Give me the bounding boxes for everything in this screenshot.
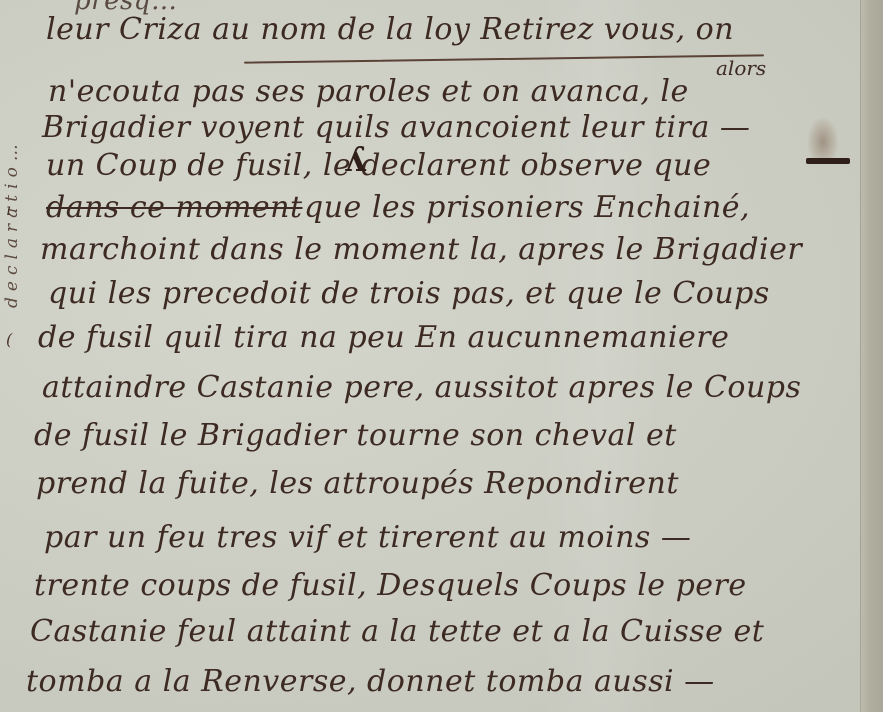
manuscript-line-6: marchoint dans le moment la, apres le Br… bbox=[40, 232, 802, 267]
left-margin: declaratio… ı ( bbox=[0, 0, 30, 712]
margin-annotation: declaratio… bbox=[2, 8, 22, 308]
manuscript-line-5-cont: que les prisoniers Enchainé, bbox=[304, 190, 750, 225]
struck-text: dans ce moment bbox=[46, 190, 303, 225]
manuscript-line-15: tomba a la Renverse, donnet tomba aussi … bbox=[26, 664, 715, 699]
ink-strikeout-bar bbox=[806, 158, 850, 164]
manuscript-line-4: un Coup de fusil, le declarent observe q… bbox=[46, 148, 711, 183]
manuscript-line-14: Castanie feul attaint a la tette et a la… bbox=[30, 614, 764, 649]
superscript-insertion: alors bbox=[716, 56, 766, 80]
manuscript-line-12: par un feu tres vif et tirerent au moins… bbox=[44, 520, 691, 555]
manuscript-line-10: de fusil le Brigadier tourne son cheval … bbox=[34, 418, 677, 453]
manuscript-line-3: Brigadier voyent quils avancoient leur t… bbox=[42, 110, 750, 145]
manuscript-page: declaratio… ı ( presq… leur Criza au nom… bbox=[0, 0, 883, 712]
manuscript-line-1: leur Criza au nom de la loy Retirez vous… bbox=[46, 12, 734, 47]
manuscript-text-block: presq… leur Criza au nom de la loy Retir… bbox=[34, 0, 864, 712]
manuscript-line-11: prend la fuite, les attroupés Repondiren… bbox=[36, 466, 679, 501]
manuscript-line-2: n'ecouta pas ses paroles et on avanca, l… bbox=[48, 74, 689, 109]
manuscript-line-8: de fusil quil tira na peu En aucunnemani… bbox=[38, 320, 729, 355]
insertion-caret: ʎ bbox=[344, 140, 366, 180]
margin-mark: ı bbox=[6, 200, 11, 219]
manuscript-line-9: attaindre Castanie pere, aussitot apres … bbox=[42, 370, 801, 405]
ink-stain bbox=[808, 118, 838, 158]
page-edge bbox=[860, 0, 883, 712]
manuscript-line-7: qui les precedoit de trois pas, et que l… bbox=[48, 276, 770, 311]
margin-mark: ( bbox=[6, 330, 12, 349]
manuscript-line-13: trente coups de fusil, Desquels Coups le… bbox=[34, 568, 747, 603]
manuscript-line-5: dans ce moment bbox=[46, 190, 303, 225]
underline-stroke bbox=[244, 54, 764, 63]
